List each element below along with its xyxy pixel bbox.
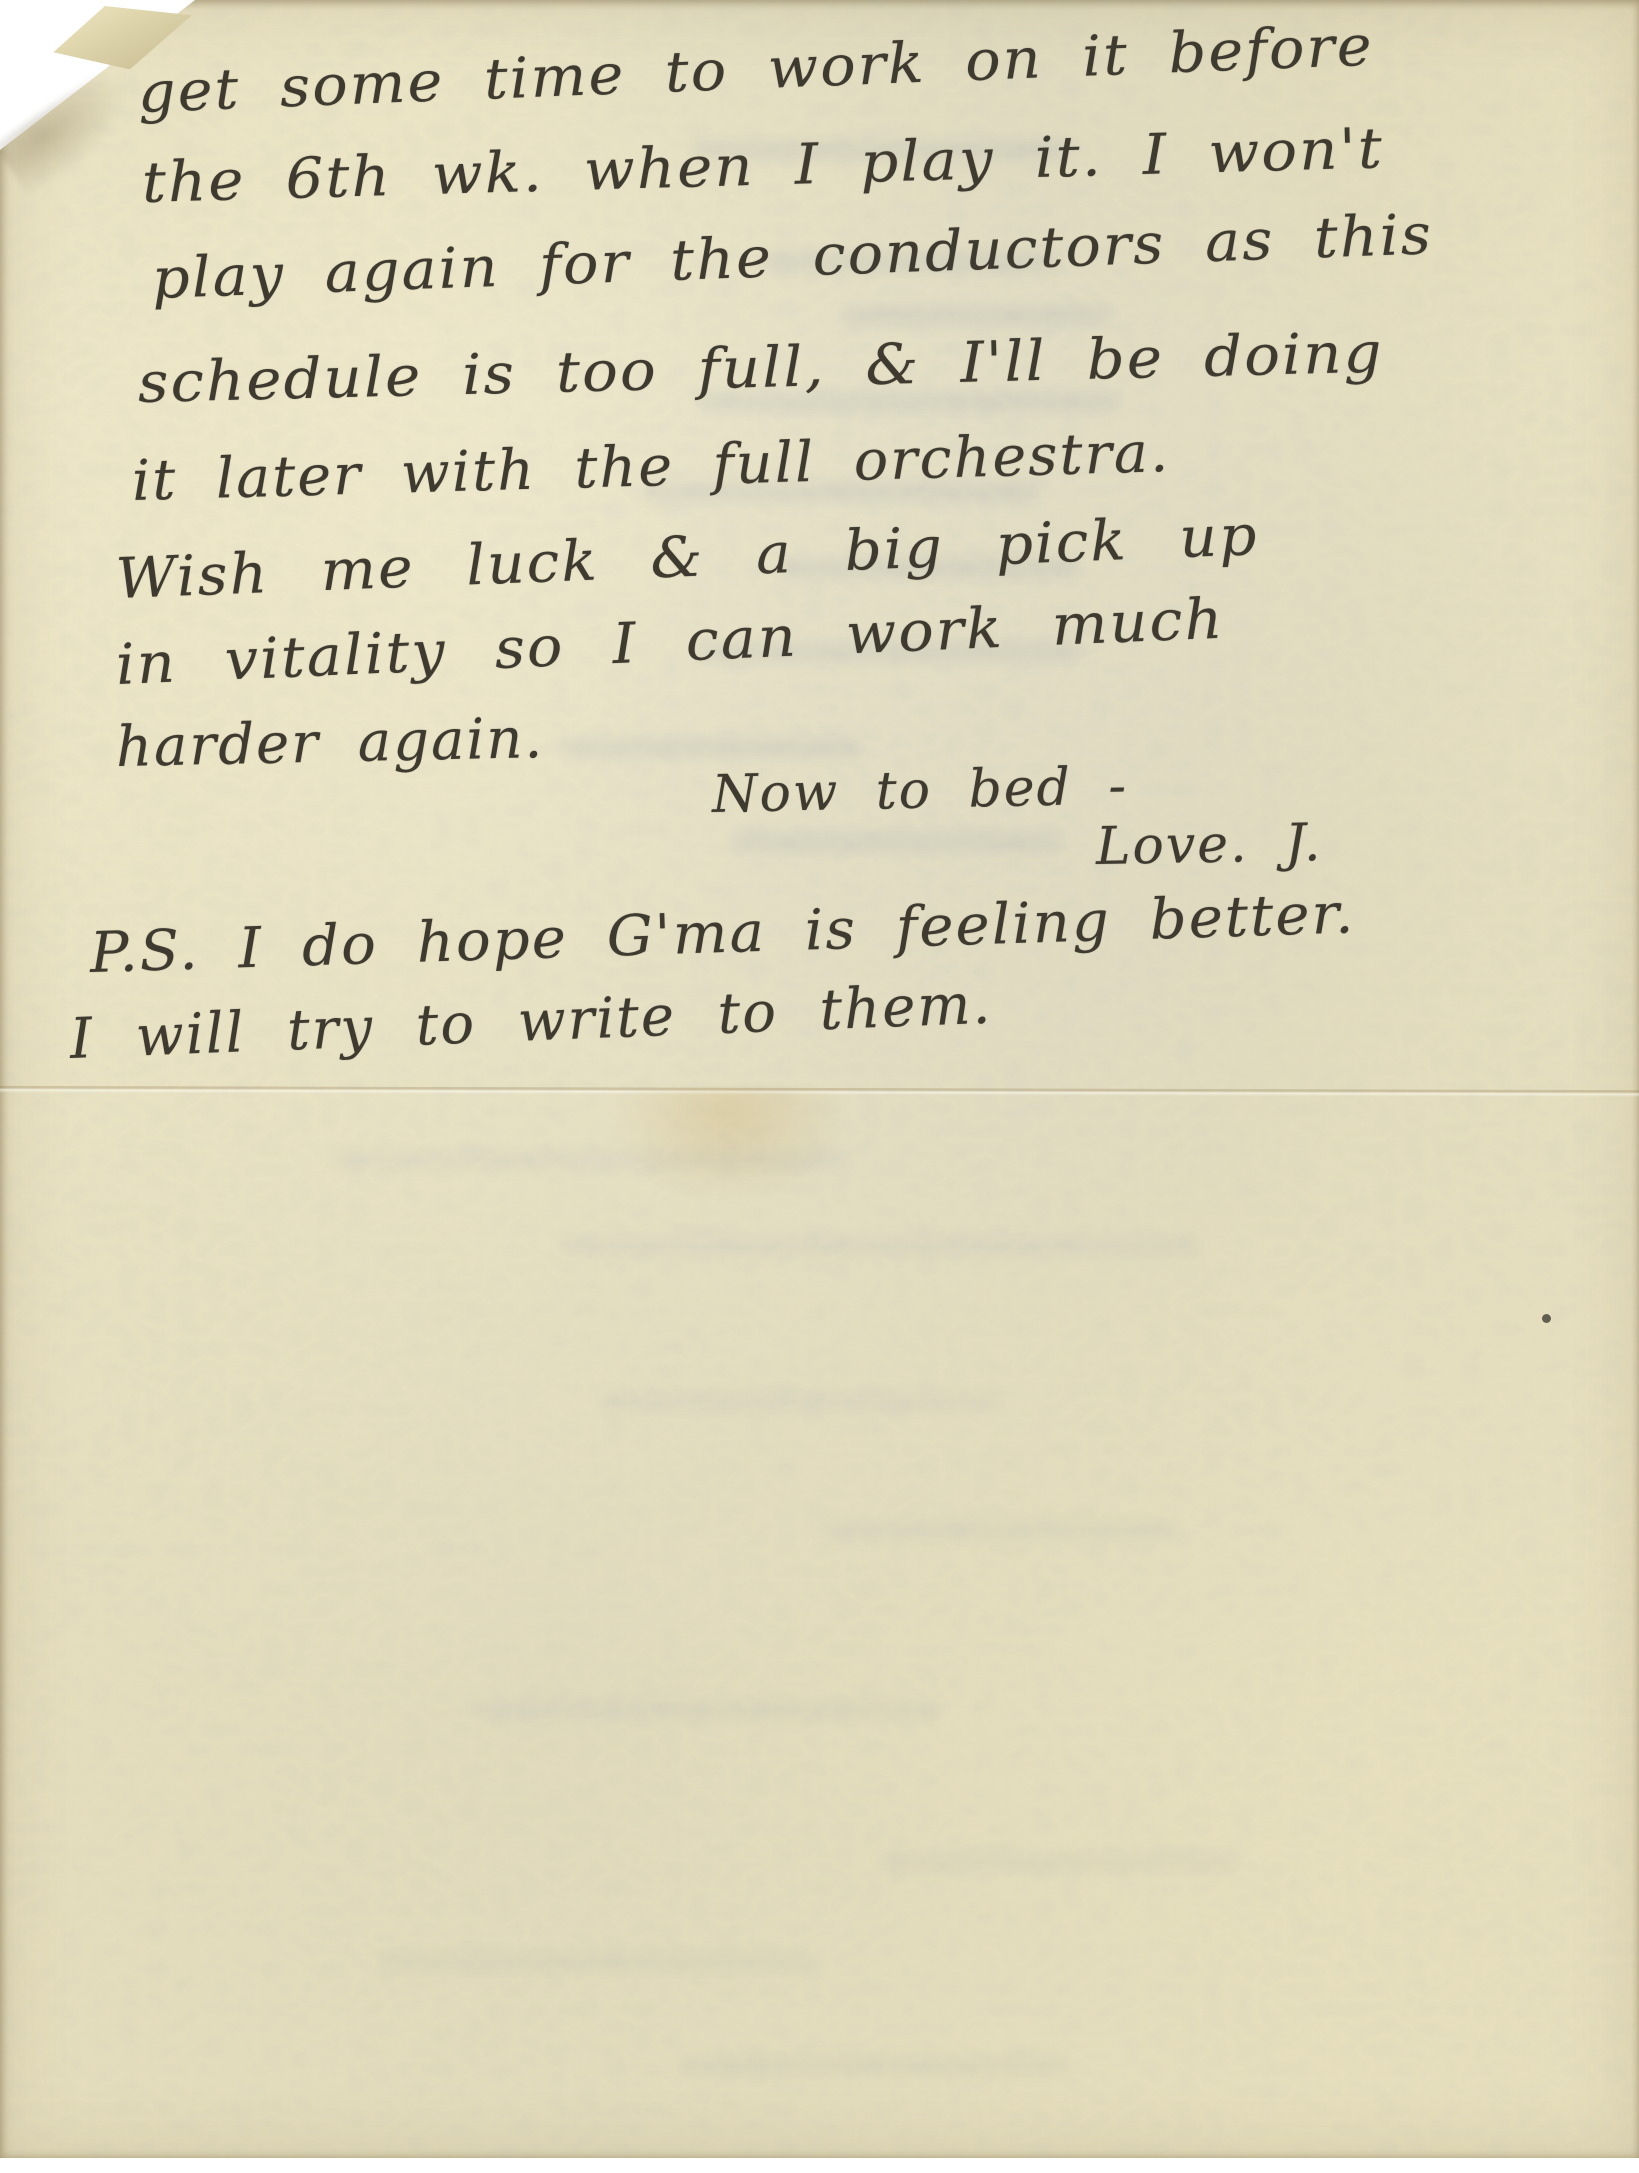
bleed-through-mark (480, 1700, 940, 1720)
bleed-through-mark (820, 1520, 1180, 1540)
signature-line: Love. J. (1095, 814, 1322, 878)
handwritten-line: the 6th wk. when I play it. I won't (141, 117, 1385, 216)
bleed-through-mark (560, 738, 860, 758)
handwritten-line: play again for the conductors as this (151, 203, 1434, 312)
bleed-through-mark (560, 1236, 1200, 1256)
ink-speck (1542, 1314, 1551, 1323)
handwritten-line: harder again. (115, 707, 544, 780)
postscript-line: P.S. I do hope G'ma is feeling better. (89, 882, 1356, 986)
handwritten-line: get some time to work on it before (137, 15, 1375, 127)
bleed-through-mark (680, 2056, 1070, 2076)
closing-line: Now to bed - (711, 757, 1128, 825)
letter-paper: get some time to work on it before the 6… (0, 0, 1639, 2158)
bleed-through-mark (730, 832, 1060, 852)
paper-grain-texture (0, 0, 1639, 2158)
scanned-letter-page: get some time to work on it before the 6… (0, 0, 1639, 2173)
bleed-through-mark (840, 306, 1110, 326)
bleed-through-mark (380, 1952, 810, 1972)
bleed-through-mark (600, 1392, 1000, 1412)
postscript-line: I will try to write to them. (69, 973, 994, 1073)
bleed-through-mark (880, 1852, 1240, 1872)
crease-stain (600, 1090, 860, 1210)
